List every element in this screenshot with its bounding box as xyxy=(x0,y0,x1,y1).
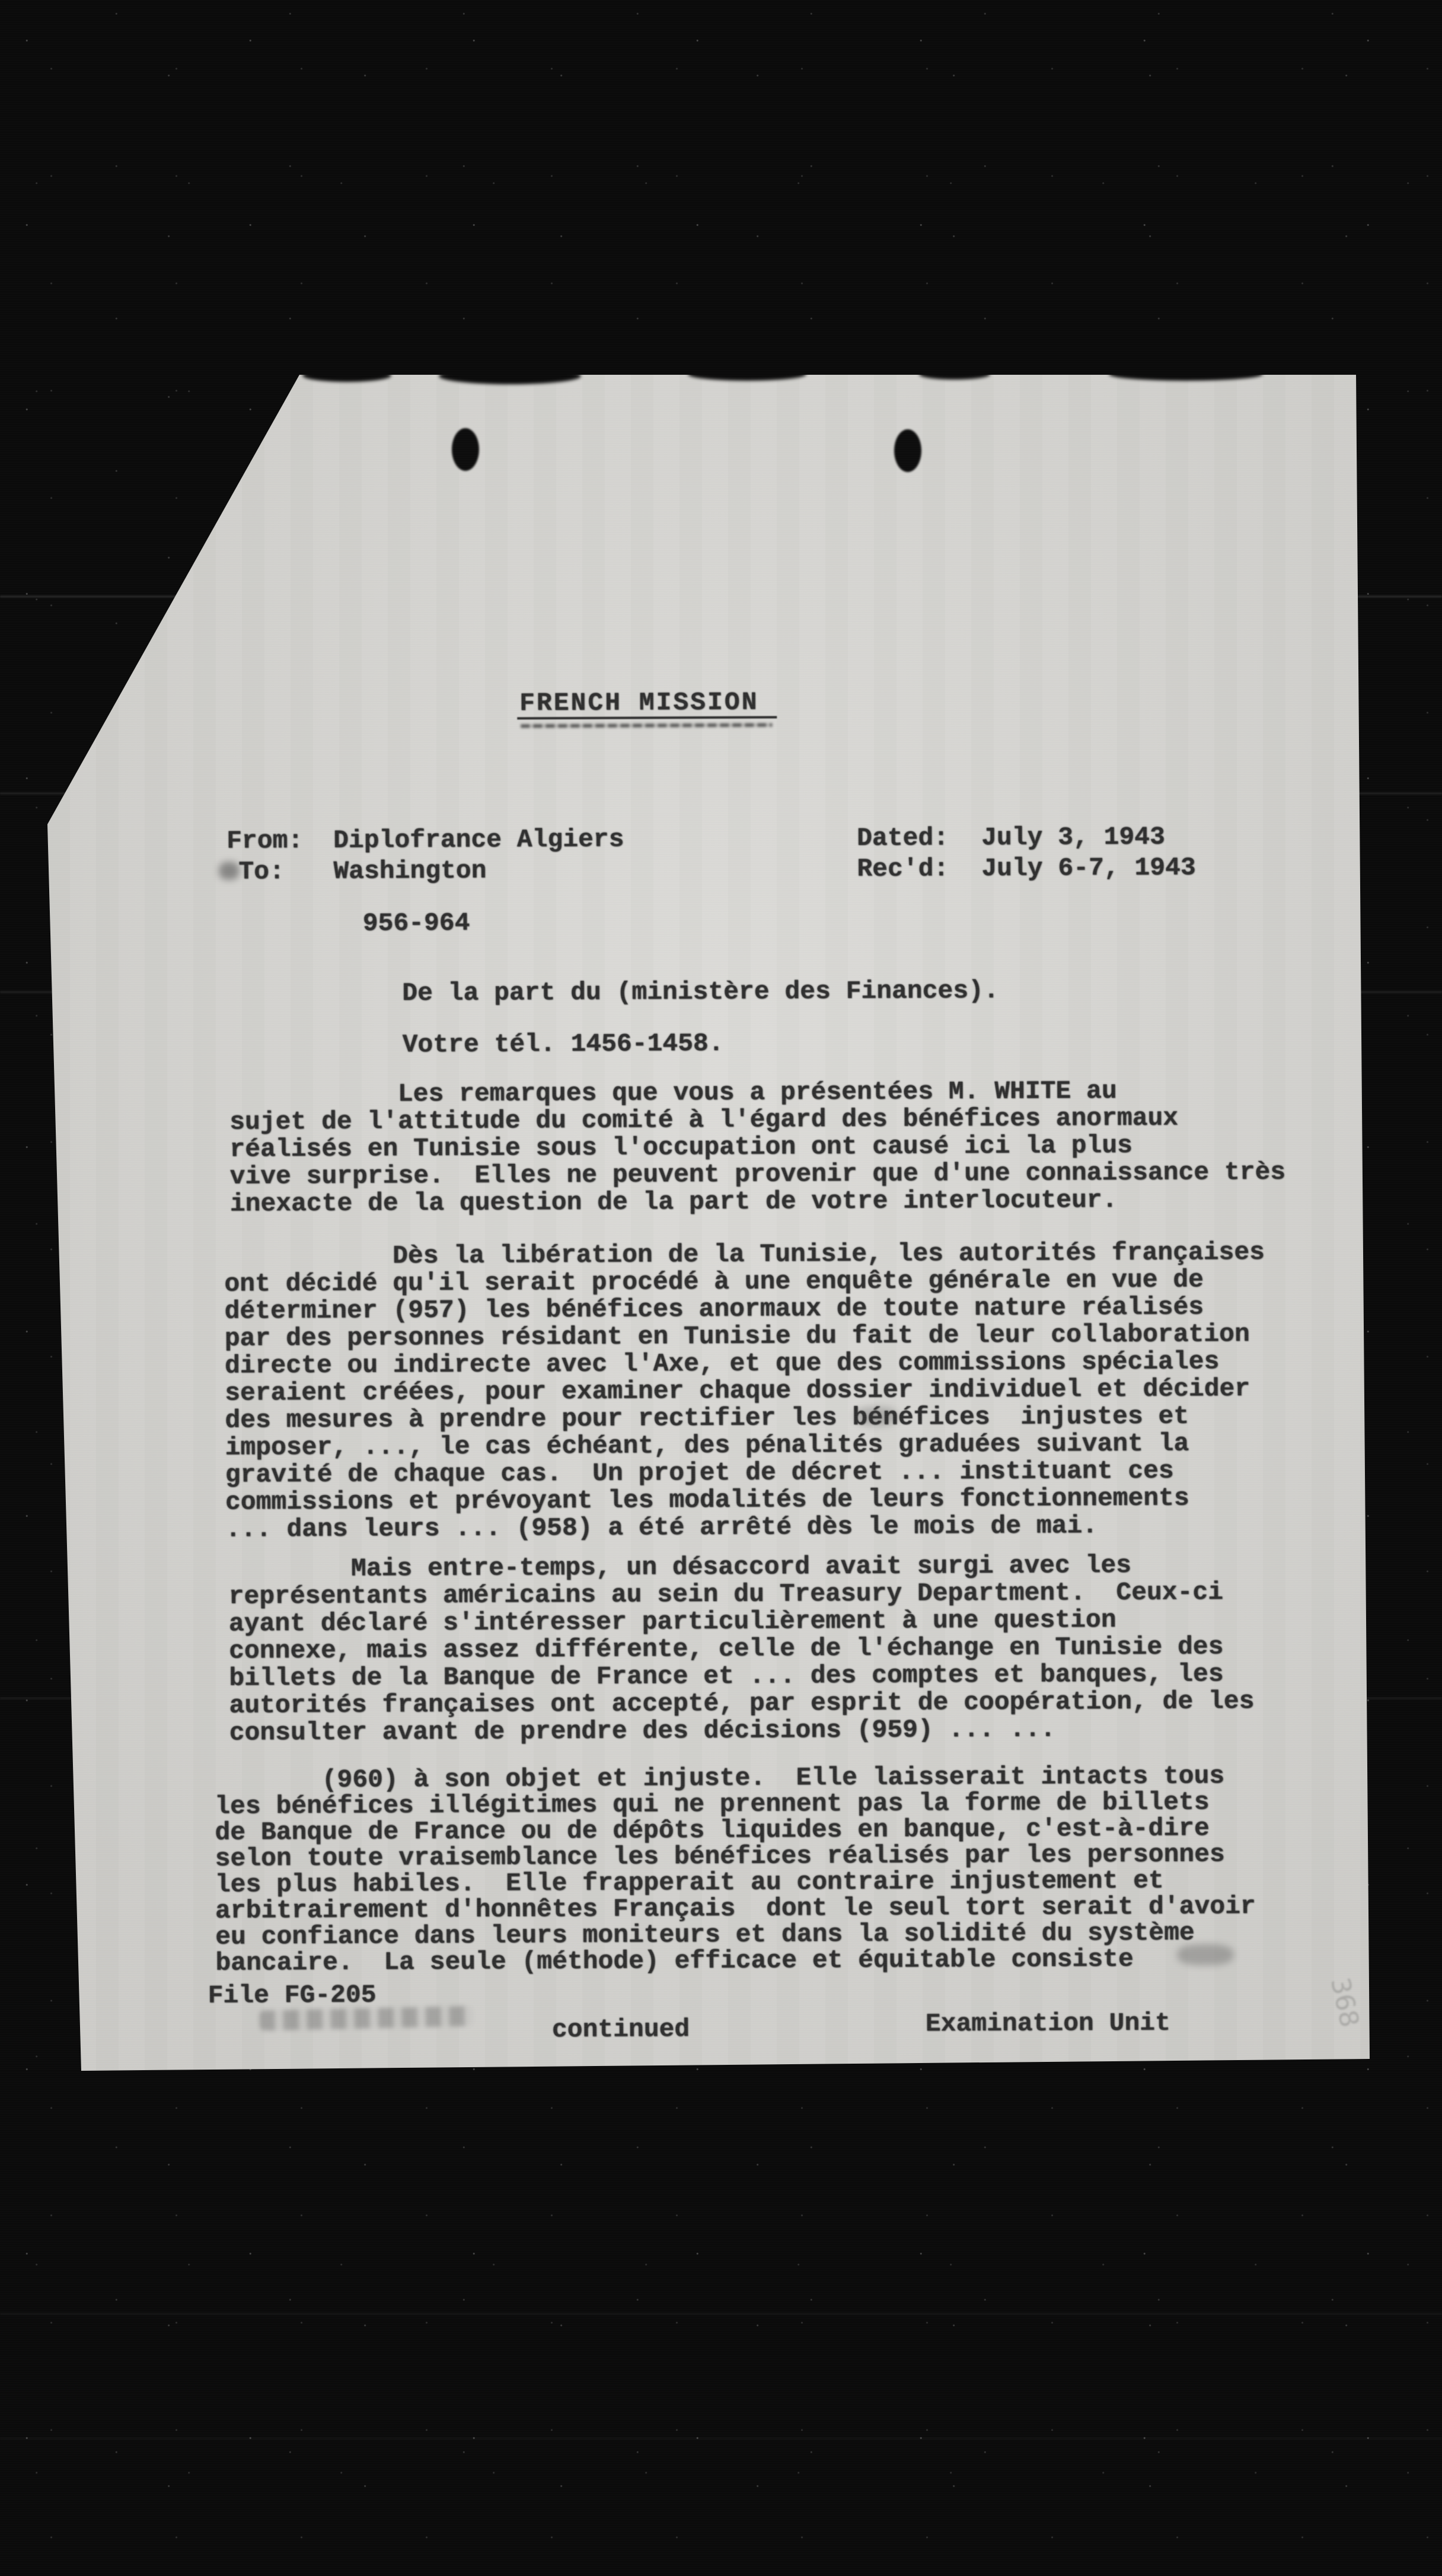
paragraph-3: Mais entre-temps, un désaccord avait sur… xyxy=(228,1551,1254,1747)
document-title: FRENCH MISSION xyxy=(519,688,758,718)
to-value: Washington xyxy=(333,856,486,886)
paragraph-2: Dès la libération de la Tunisie, les aut… xyxy=(224,1239,1266,1544)
typewritten-content: FRENCH MISSION From: Diplofrance Algiers… xyxy=(44,372,1373,2074)
scanned-document-page: { "page": { "background_color": "#0a0a0a… xyxy=(0,0,1442,2576)
ink-smudge xyxy=(1177,1944,1233,1965)
text-line: bancaire. La seule (méthode) efficace et… xyxy=(215,1946,1256,1976)
paragraph-4: (960) à son objet et injuste. Elle laiss… xyxy=(215,1763,1256,1976)
text-line: consulter avant de prendre des décisions… xyxy=(229,1715,1255,1747)
overtype-smudge xyxy=(219,862,239,879)
dated-label: Dated: xyxy=(857,823,949,853)
recd-label: Rec'd: xyxy=(857,854,949,884)
serial-numbers: 956-964 xyxy=(363,908,470,938)
from-value: Diplofrance Algiers xyxy=(333,825,624,855)
title-underline-smudge xyxy=(521,723,772,728)
ink-smudge xyxy=(854,1407,897,1426)
recd-value: July 6-7, 1943 xyxy=(981,853,1195,883)
to-label: To: xyxy=(238,857,285,886)
text-line: vive surprise. Elles ne peuvent provenir… xyxy=(230,1159,1286,1191)
telegram-paper-sheet: FRENCH MISSION From: Diplofrance Algiers… xyxy=(47,375,1370,2071)
reference-line: Votre tél. 1456-1458. xyxy=(403,1029,724,1059)
illegible-stamp xyxy=(260,2006,474,2031)
text-line: inexacte de la question de la part de vo… xyxy=(230,1186,1286,1218)
from-label: From: xyxy=(226,826,303,856)
title-underline xyxy=(517,716,777,719)
dated-value: July 3, 1943 xyxy=(981,822,1165,852)
text-line: commissions et prévoyant les modalités d… xyxy=(225,1484,1266,1516)
pencil-corner-mark: 368 xyxy=(1325,1975,1365,2030)
examination-unit-label: Examination Unit xyxy=(926,2008,1170,2039)
paragraph-1: Les remarques que vous a présentées M. W… xyxy=(229,1077,1285,1218)
scan-streak xyxy=(0,2313,1442,2315)
text-line: autorités françaises ont accepté, par es… xyxy=(229,1688,1254,1720)
scan-streak xyxy=(0,2437,1442,2440)
salutation-line: De la part du (ministère des Finances). xyxy=(402,976,999,1008)
continued-note: continued xyxy=(552,2014,690,2044)
file-reference: File FG-205 xyxy=(208,1980,377,2010)
text-line: ... dans leurs ... (958) a été arrêté dè… xyxy=(225,1512,1266,1544)
